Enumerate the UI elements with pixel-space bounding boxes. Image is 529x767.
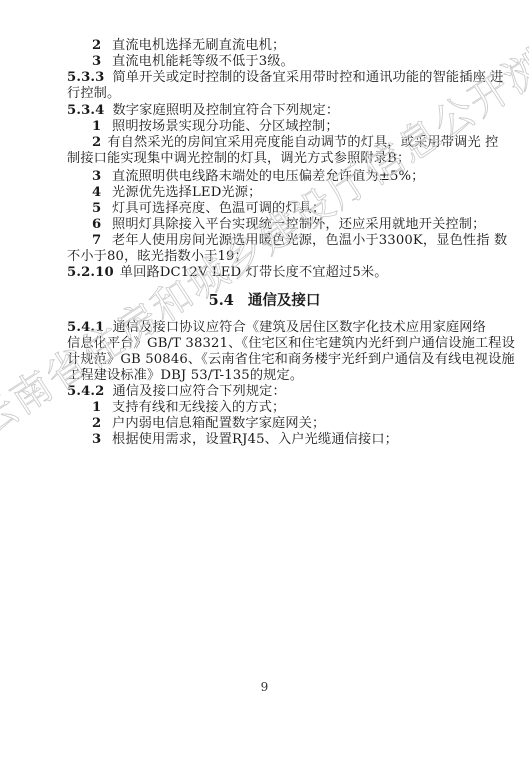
list-item: 5灯具可选择亮度、色温可调的灯具； xyxy=(92,201,325,217)
item-text: 照明灯具除接入平台实现统一控制外，还应采用就地开关控制； xyxy=(112,217,485,232)
item-number: 2 xyxy=(92,135,101,151)
item-number: 4 xyxy=(92,185,112,201)
list-item: 7老年人使用房间光源选用暖色光源，色温小于3300K，显色性指 数 xyxy=(92,233,507,249)
clause-text: 通信及接口协议应符合《建筑及居住区数字化技术应用家庭网络 xyxy=(112,320,485,335)
item-text: 老年人使用房间光源选用暖色光源，色温小于3300K，显色性指 数 xyxy=(112,233,507,248)
clause: 5.4.1通信及接口协议应符合《建筑及居住区数字化技术应用家庭网络 xyxy=(67,320,486,336)
page-number: 9 xyxy=(0,680,529,694)
clause-text: 数字家庭照明及控制宜符合下列规定： xyxy=(112,103,339,118)
list-item: 2直流电机选择无刷直流电机； xyxy=(92,38,285,54)
item-number: 2 xyxy=(92,38,112,54)
clause: 5.4.2通信及接口应符合下列规定： xyxy=(67,384,286,400)
item-number: 3 xyxy=(92,432,112,448)
section-title: 通信及接口 xyxy=(248,292,321,309)
item-text: 制接口能实现集中调光控制的灯具，调光方式参照附录B； xyxy=(67,151,410,166)
clause-text: 信息化平台》GB/T 38321、《住宅区和住宅建筑内光纤到户通信设施工程设 xyxy=(67,336,515,351)
list-item: 1支持有线和无线接入的方式； xyxy=(92,400,285,416)
list-item: 1照明按场景实现分功能、分区域控制； xyxy=(92,119,339,135)
clause: 5.3.4数字家庭照明及控制宜符合下列规定： xyxy=(67,103,339,119)
clause-number: 5.3.3 xyxy=(67,70,104,86)
item-number: 5 xyxy=(92,201,112,217)
item-text: 直流照明供电线路末端处的电压偏差允许值为±5%； xyxy=(112,169,425,184)
item-text: 有自然采光的房间宜采用亮度能自动调节的灯具，或采用带调光 控 xyxy=(107,135,498,150)
item-number: 6 xyxy=(92,217,112,233)
list-item: 3直流照明供电线路末端处的电压偏差允许值为±5%； xyxy=(92,169,425,185)
clause-text: 计规范》GB 50846、《云南省住宅和商务楼宇光纤到户通信及有线电视设施 xyxy=(67,352,515,367)
item-text: 照明按场景实现分功能、分区域控制； xyxy=(112,119,339,134)
clause-number: 5.4.1 xyxy=(67,320,104,336)
list-item-continuation: 制接口能实现集中调光控制的灯具，调光方式参照附录B； xyxy=(67,151,410,167)
clause-text: 通信及接口应符合下列规定： xyxy=(112,384,285,399)
item-number: 1 xyxy=(92,119,112,135)
item-text: 直流电机选择无刷直流电机； xyxy=(112,38,285,53)
list-item: 3直流电机能耗等级不低于3级。 xyxy=(92,54,294,70)
list-item-continuation: 不小于80，眩光指数小于19； xyxy=(67,249,248,265)
item-text: 灯具可选择亮度、色温可调的灯具； xyxy=(112,201,325,216)
list-item: 3根据使用需求，设置RJ45、入户光缆通信接口； xyxy=(92,432,398,448)
list-item: 2有自然采光的房间宜采用亮度能自动调节的灯具，或采用带调光 控 xyxy=(92,135,498,151)
clause-text: 行控制。 xyxy=(67,86,120,101)
list-item: 2户内弱电信息箱配置数字家庭网关； xyxy=(92,416,325,432)
item-number: 3 xyxy=(92,169,112,185)
item-text: 不小于80，眩光指数小于19； xyxy=(67,249,248,264)
clause-continuation: 计规范》GB 50846、《云南省住宅和商务楼宇光纤到户通信及有线电视设施 xyxy=(67,352,515,368)
item-text: 支持有线和无线接入的方式； xyxy=(112,400,285,415)
clause-number: 5.3.4 xyxy=(67,103,104,119)
item-text: 户内弱电信息箱配置数字家庭网关； xyxy=(112,416,325,431)
item-number: 7 xyxy=(92,233,112,249)
item-text: 光源优先选择LED光源； xyxy=(112,185,261,200)
item-text: 直流电机能耗等级不低于3级。 xyxy=(112,54,294,69)
item-text: 根据使用需求，设置RJ45、入户光缆通信接口； xyxy=(112,432,398,447)
clause-number: 5.4.2 xyxy=(67,384,104,400)
list-item: 4光源优先选择LED光源； xyxy=(92,185,261,201)
section-number: 5.4 xyxy=(209,292,234,309)
clause-text: 简单开关或定时控制的设备宜采用带时控和通讯功能的智能插座 进 xyxy=(112,70,503,85)
item-number: 2 xyxy=(92,416,112,432)
clause-continuation: 工程建设标准》DBJ 53/T-135的规定。 xyxy=(67,368,303,384)
section-heading: 5.4通信及接口 xyxy=(0,292,529,310)
document-page: 2直流电机选择无刷直流电机； 3直流电机能耗等级不低于3级。 5.3.3简单开关… xyxy=(0,0,529,767)
list-item: 6照明灯具除接入平台实现统一控制外，还应采用就地开关控制； xyxy=(92,217,485,233)
clause-text: 工程建设标准》DBJ 53/T-135的规定。 xyxy=(67,368,303,383)
clause-continuation: 行控制。 xyxy=(67,86,120,102)
clause-text: 单回路DC12V LED 灯带长度不宜超过5米。 xyxy=(120,265,388,280)
clause: 5.2.10单回路DC12V LED 灯带长度不宜超过5米。 xyxy=(67,265,388,281)
item-number: 1 xyxy=(92,400,112,416)
item-number: 3 xyxy=(92,54,112,70)
clause-number: 5.2.10 xyxy=(67,265,114,281)
clause: 5.3.3简单开关或定时控制的设备宜采用带时控和通讯功能的智能插座 进 xyxy=(67,70,504,86)
clause-continuation: 信息化平台》GB/T 38321、《住宅区和住宅建筑内光纤到户通信设施工程设 xyxy=(67,336,515,352)
